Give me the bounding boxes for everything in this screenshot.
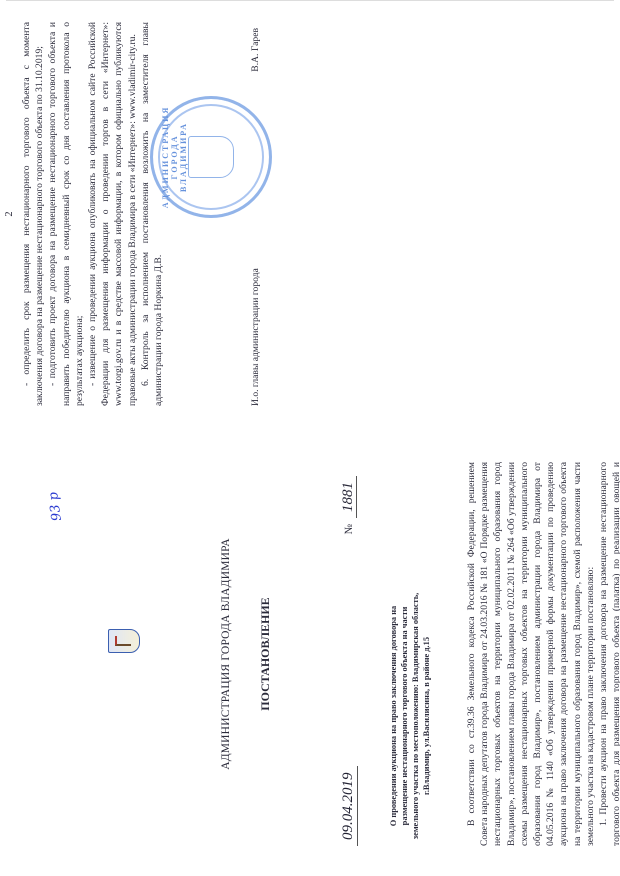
handwritten-note: 93 р <box>46 491 65 522</box>
document-type: ПОСТАНОВЛЕНИЕ <box>258 462 273 846</box>
paragraph: - подготовить проект договора на размеще… <box>46 22 86 406</box>
document-page-2: 2 - определить срок размещения нестацион… <box>0 0 620 436</box>
page1-body: В соответствии со ст.39.36 Земельного ко… <box>465 462 620 846</box>
page-edge <box>6 0 614 1</box>
document-date: 09.04.2019 <box>340 767 358 847</box>
official-stamp-icon: АДМИНИСТРАЦИЯ ГОРОДА ВЛАДИМИРА <box>150 96 272 218</box>
stamp-text: АДМИНИСТРАЦИЯ ГОРОДА ВЛАДИМИРА <box>161 99 188 215</box>
paragraph: 1. Провести аукцион на право заключения … <box>597 462 620 846</box>
page-number: 2 <box>4 22 15 406</box>
document-number: №1881 <box>340 476 357 535</box>
signature-position: И.о. главы администрации города <box>250 268 261 406</box>
paragraph: В соответствии со ст.39.36 Земельного ко… <box>465 462 597 846</box>
number-label: № <box>343 524 355 535</box>
page2-body: - определить срок размещения нестационар… <box>20 22 165 406</box>
coat-of-arms-icon <box>108 629 140 653</box>
signature-name: В.А. Гарев <box>250 28 261 72</box>
document-title: О проведении аукциона на право заключени… <box>388 586 432 846</box>
paragraph: - определить срок размещения нестационар… <box>20 22 46 406</box>
organization-name: АДМИНИСТРАЦИЯ ГОРОДА ВЛАДИМИРА <box>220 462 232 846</box>
coat-of-arms-icon <box>188 136 234 178</box>
paragraph: - извещение о проведении аукциона опубли… <box>86 22 139 406</box>
number-value: 1881 <box>340 476 357 518</box>
document-page-1: 93 р АДМИНИСТРАЦИЯ ГОРОДА ВЛАДИМИРА ПОСТ… <box>0 440 620 876</box>
